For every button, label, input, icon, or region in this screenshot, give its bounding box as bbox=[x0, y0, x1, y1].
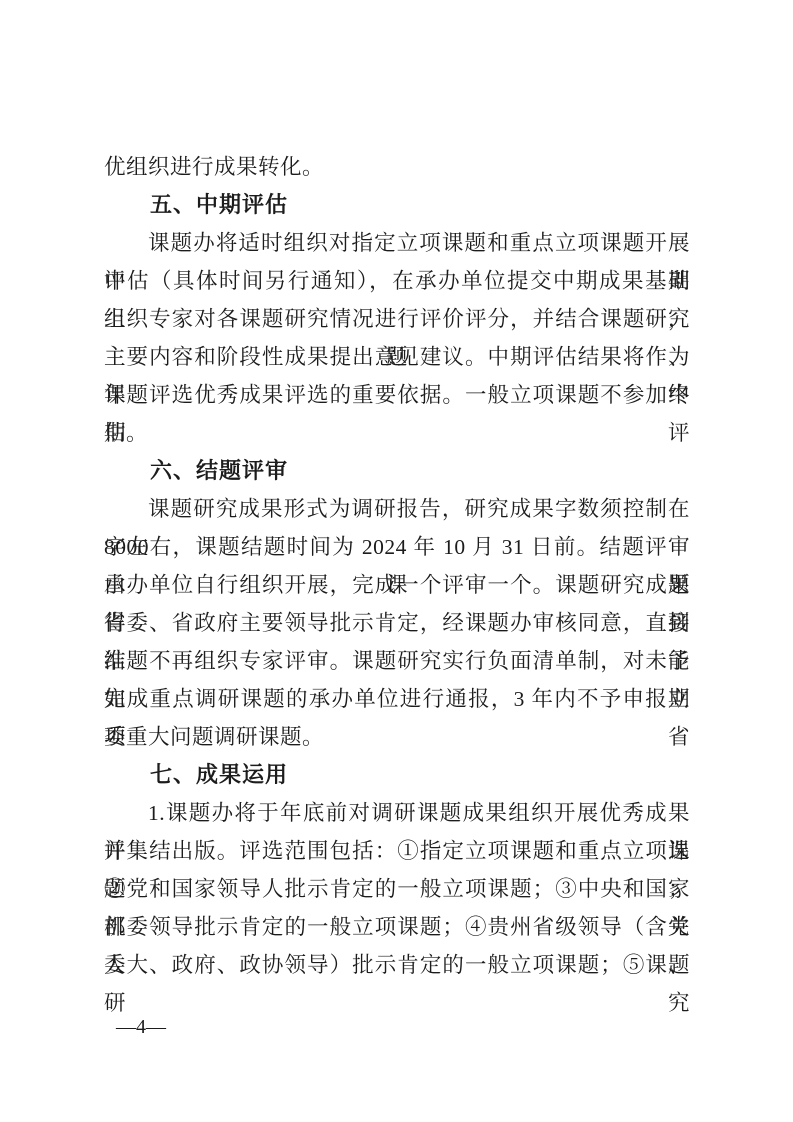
text-line: 课题研究成果形式为调研报告，研究成果字数须控制在 8000 bbox=[104, 490, 690, 528]
text-line: 组织专家对各课题研究情况进行评价评分，并结合课题研究主题、 bbox=[104, 300, 690, 338]
text-line: 并集结出版。评选范围包括：①指定立项课题和重点立项课题； bbox=[104, 832, 690, 870]
text-line: 课题办将适时组织对指定立项课题和重点立项课题开展中期 bbox=[104, 224, 690, 262]
heading-section-6: 六、结题评审 bbox=[104, 452, 690, 490]
text-line: 1.课题办将于年底前对调研课题成果组织开展优秀成果评选 bbox=[104, 794, 690, 832]
document-body: 优组织进行成果转化。 五、中期评估 课题办将适时组织对指定立项课题和重点立项课题… bbox=[104, 148, 690, 984]
text-line: 完成重点调研课题的承办单位进行通报，3 年内不予申报立项省 bbox=[104, 680, 690, 718]
paragraph-continuation-line: 优组织进行成果转化。 bbox=[104, 148, 690, 186]
heading-section-5: 五、中期评估 bbox=[104, 186, 690, 224]
text-line: 字左右，课题结题时间为 2024 年 10 月 31 日前。结题评审由课题 bbox=[104, 528, 690, 566]
document-page: 优组织进行成果转化。 五、中期评估 课题办将适时组织对指定立项课题和重点立项课题… bbox=[0, 0, 793, 1122]
text-line: 主要内容和阶段性成果提出意见建议。中期评估结果将作为年终 bbox=[104, 338, 690, 376]
heading-section-7: 七、成果运用 bbox=[104, 756, 690, 794]
text-line: 承办单位自行组织开展，完成一个评审一个。课题研究成果得到 bbox=[104, 566, 690, 604]
page-number: —4— bbox=[116, 1012, 166, 1042]
text-line: 人大、政府、政协领导）批示肯定的一般立项课题；⑤课题研究 bbox=[104, 946, 690, 984]
text-line: ②党和国家领导人批示肯定的一般立项课题；③中央和国家机关 bbox=[104, 870, 690, 908]
text-line: 评估（具体时间另行通知），在承办单位提交中期成果基础上， bbox=[104, 262, 690, 300]
text-line: 结题不再组织专家评审。课题研究实行负面清单制，对未能如期 bbox=[104, 642, 690, 680]
text-line: 省委、省政府主要领导批示肯定，经课题办审核同意，直接准予 bbox=[104, 604, 690, 642]
text-line: 课题评选优秀成果评选的重要依据。一般立项课题不参加中期评 bbox=[104, 376, 690, 414]
text-line: 部委领导批示肯定的一般立项课题；④贵州省级领导（含党委、 bbox=[104, 908, 690, 946]
